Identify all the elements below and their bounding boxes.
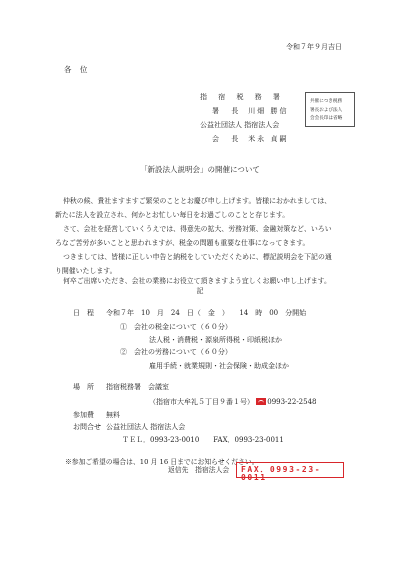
seal-omitted-note: 共催につき税務 署長および法人 会会長印は省略 <box>305 92 355 127</box>
chief-name: 川畑 勝信 <box>248 107 288 115</box>
body-line: り開催いたします。 <box>55 268 116 275</box>
phone-icon <box>256 398 266 405</box>
reply-to: 返信先 指宿法人会 <box>168 467 229 474</box>
addressee: 各 位 <box>64 66 90 74</box>
venue-address: （指宿市大牟礼５丁目９番１号） <box>149 398 254 406</box>
document-title: 「新設法人説明会」の開催について <box>0 166 400 174</box>
body-line: 仲秋の候、貴社ますますご繁栄のこととお慶び申し上げます。皆様におかれましては、 <box>63 198 331 205</box>
chair-role: 会 長 <box>212 136 246 143</box>
body-line: 何卒ご出席いただき、会社の業務にお役立て頂きますよう宜しくお願い申し上げます。 <box>63 278 331 285</box>
sender-tax-office: 指 宿 税 務 署 <box>200 94 284 101</box>
seal-note-line: 署長および法人 <box>310 107 354 116</box>
sender-association-chair: 会 長 米永 貞嗣 <box>212 136 288 143</box>
sender-corporate-association: 公益社団法人 指宿法人会 <box>200 122 279 129</box>
venue-address-line: （指宿市大牟礼５丁目９番１号） 0993-22-2548 <box>149 398 317 406</box>
venue-value: 指宿税務署 会議室 <box>106 384 169 391</box>
body-line: 新たに法人を設立され、何かとお忙しい毎日をお過ごしのことと存じます。 <box>55 212 289 219</box>
ki-heading: 記 <box>0 288 400 295</box>
chief-role: 署 長 <box>212 108 246 115</box>
deadline-note: ※参加ご希望の場合は、10 月 16 日までにお知らせください。 <box>65 459 259 466</box>
contact-tel-fax: ＴＥＬ．0993-23-0010 FAX．0993-23-0011 <box>122 437 284 444</box>
body-line: つきましては、皆様に正しい申告と納税をしていただくために、標記説明会を下記の通 <box>63 254 332 261</box>
venue-phone: 0993-22-2548 <box>267 398 316 406</box>
seal-note-line: 共催につき税務 <box>310 98 354 107</box>
issue-date: 令和７年９月吉日 <box>286 44 342 51</box>
seal-note-line: 会会長印は省略 <box>310 115 354 124</box>
chair-name: 米永 貞嗣 <box>248 135 288 143</box>
contact-org: 公益社団法人 指宿法人会 <box>106 424 185 431</box>
session-2-title: ② 会社の労務について（６０分） <box>120 349 232 356</box>
session-1-title: ① 会社の税金について（６０分） <box>120 324 232 331</box>
body-line: さて、会社を経営していくうえでは、得意先の拡大、労務対策、金融対策など、いろい <box>63 226 332 233</box>
schedule-label: 日 程 <box>73 310 94 317</box>
sender-tax-office-chief: 署 長 川畑 勝信 <box>212 108 288 115</box>
reply-fax-number: FAX．0993-23-0011 <box>236 462 344 478</box>
fee-label: 参加費 <box>73 412 94 419</box>
fee-value: 無料 <box>106 412 120 419</box>
body-line: ろなご苦労が多いことと思われますが、税金の問題も重要な仕事になってきます。 <box>55 240 309 247</box>
venue-label: 場 所 <box>73 384 94 391</box>
session-2-topics: 雇用手続・就業規則・社会保険・助成金ほか <box>149 363 289 370</box>
session-1-topics: 法人税・消費税・源泉所得税・印紙税ほか <box>149 337 282 344</box>
contact-label: お問合せ <box>73 424 101 431</box>
schedule-value: 令和７年 10 月 24 日（ 金 ） 14 時 00 分開始 <box>106 310 306 317</box>
